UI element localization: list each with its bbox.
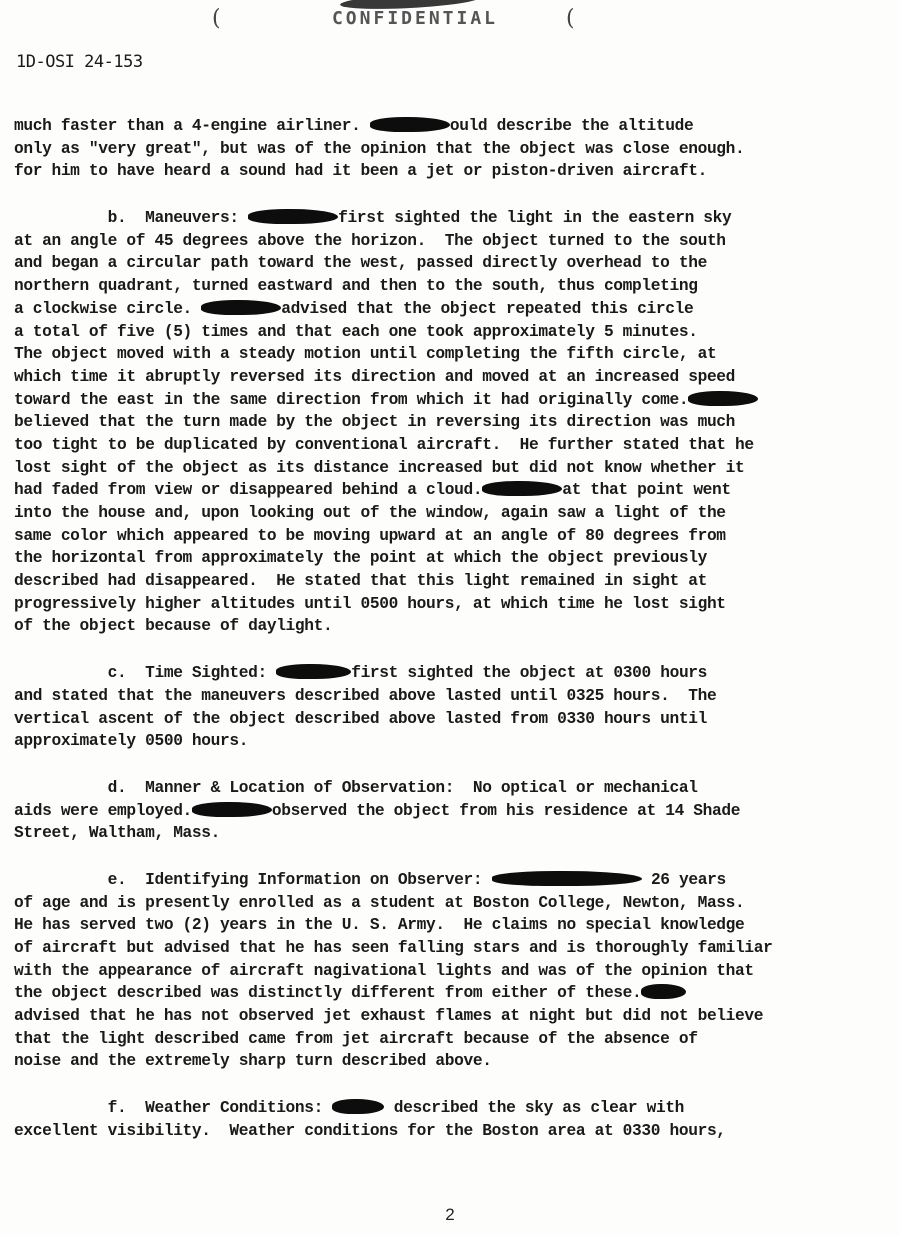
text-segment: and began a circular path toward the wes… — [14, 254, 707, 272]
text-line: the object described was distinctly diff… — [14, 982, 894, 1005]
text-line: He has served two (2) years in the U. S.… — [14, 914, 894, 937]
redaction-mark — [192, 802, 272, 817]
text-line: noise and the extremely sharp turn descr… — [14, 1050, 894, 1073]
text-segment: approximately 0500 hours. — [14, 732, 248, 750]
text-segment: described had disappeared. He stated tha… — [14, 572, 707, 590]
text-segment: a clockwise circle. — [14, 300, 201, 318]
text-line: The object moved with a steady motion un… — [14, 343, 894, 366]
text-segment: advised that he has not observed jet exh… — [14, 1007, 763, 1025]
text-segment: of the object because of daylight. — [14, 617, 332, 635]
text-segment: with the appearance of aircraft nagivati… — [14, 962, 754, 980]
text-segment: only as "very great", but was of the opi… — [14, 140, 744, 158]
redaction-mark — [641, 984, 686, 999]
page-number: 2 — [0, 1205, 900, 1225]
redaction-mark — [482, 481, 562, 496]
text-segment: at an angle of 45 degrees above the hori… — [14, 232, 726, 250]
text-line: at an angle of 45 degrees above the hori… — [14, 230, 894, 253]
text-line: and began a circular path toward the wes… — [14, 252, 894, 275]
text-segment: e. Identifying Information on Observer: — [14, 871, 492, 889]
text-segment: believed that the turn made by the objec… — [14, 413, 735, 431]
text-line: aids were employed.observed the object f… — [14, 800, 894, 823]
text-line: progressively higher altitudes until 050… — [14, 593, 894, 616]
redaction-mark — [688, 391, 758, 406]
paragraph-continuation: much faster than a 4-engine airliner. ou… — [14, 115, 894, 183]
text-line: of the object because of daylight. — [14, 615, 894, 638]
text-segment: and stated that the maneuvers described … — [14, 687, 716, 705]
text-segment: much faster than a 4-engine airliner. — [14, 117, 370, 135]
text-line: described had disappeared. He stated tha… — [14, 570, 894, 593]
paragraph-c: c. Time Sighted: first sighted the objec… — [14, 662, 894, 753]
text-segment: noise and the extremely sharp turn descr… — [14, 1052, 492, 1070]
text-line: that the light described came from jet a… — [14, 1028, 894, 1051]
redaction-mark — [492, 871, 642, 886]
stamp-bracket-left: ( — [212, 6, 221, 31]
text-line: only as "very great", but was of the opi… — [14, 138, 894, 161]
redaction-mark — [276, 664, 351, 679]
classification-stamp-text: CONFIDENTIAL — [300, 8, 530, 29]
text-segment: observed the object from his residence a… — [272, 802, 740, 820]
text-segment: lost sight of the object as its distance… — [14, 459, 744, 477]
text-line: of aircraft but advised that he has seen… — [14, 937, 894, 960]
text-segment: had faded from view or disappeared behin… — [14, 481, 482, 499]
text-line: b. Maneuvers: first sighted the light in… — [14, 207, 894, 230]
text-segment: northern quadrant, turned eastward and t… — [14, 277, 698, 295]
text-line: which time it abruptly reversed its dire… — [14, 366, 894, 389]
text-segment: of aircraft but advised that he has seen… — [14, 939, 773, 957]
text-segment: at that point went — [562, 481, 731, 499]
text-line: with the appearance of aircraft nagivati… — [14, 960, 894, 983]
text-line: approximately 0500 hours. — [14, 730, 894, 753]
text-line: f. Weather Conditions: described the sky… — [14, 1097, 894, 1120]
text-line: much faster than a 4-engine airliner. ou… — [14, 115, 894, 138]
text-segment: first sighted the light in the eastern s… — [338, 209, 731, 227]
text-line: a total of five (5) times and that each … — [14, 321, 894, 344]
text-line: vertical ascent of the object described … — [14, 708, 894, 731]
text-segment: excellent visibility. Weather conditions… — [14, 1122, 726, 1140]
text-segment: too tight to be duplicated by convention… — [14, 436, 754, 454]
text-segment: advised that the object repeated this ci… — [281, 300, 693, 318]
file-reference: 1D-OSI 24-153 — [16, 52, 143, 72]
text-line: the horizontal from approximately the po… — [14, 547, 894, 570]
text-segment: Street, Waltham, Mass. — [14, 824, 220, 842]
paragraph-f: f. Weather Conditions: described the sky… — [14, 1097, 894, 1142]
stamp-bracket-right: ( — [566, 6, 575, 31]
text-line: into the house and, upon looking out of … — [14, 502, 894, 525]
text-segment: d. Manner & Location of Observation: No … — [14, 779, 698, 797]
text-line: too tight to be duplicated by convention… — [14, 434, 894, 457]
text-line: northern quadrant, turned eastward and t… — [14, 275, 894, 298]
text-segment: that the light described came from jet a… — [14, 1030, 698, 1048]
text-segment: for him to have heard a sound had it bee… — [14, 162, 707, 180]
text-segment: toward the east in the same direction fr… — [14, 391, 688, 409]
text-segment: into the house and, upon looking out of … — [14, 504, 726, 522]
text-segment: a total of five (5) times and that each … — [14, 323, 698, 341]
text-line: for him to have heard a sound had it bee… — [14, 160, 894, 183]
paragraph-e: e. Identifying Information on Observer: … — [14, 869, 894, 1073]
text-segment: same color which appeared to be moving u… — [14, 527, 726, 545]
text-segment: f. Weather Conditions: — [14, 1099, 332, 1117]
text-segment: of age and is presently enrolled as a st… — [14, 894, 744, 912]
text-segment: 26 years — [642, 871, 726, 889]
text-line: advised that he has not observed jet exh… — [14, 1005, 894, 1028]
text-line: excellent visibility. Weather conditions… — [14, 1120, 894, 1143]
text-line: believed that the turn made by the objec… — [14, 411, 894, 434]
text-line: had faded from view or disappeared behin… — [14, 479, 894, 502]
document-page: ( CONFIDENTIAL ( 1D-OSI 24-153 much fast… — [0, 0, 900, 1235]
document-body: much faster than a 4-engine airliner. ou… — [14, 115, 894, 1167]
text-segment: first sighted the object at 0300 hours — [351, 664, 707, 682]
text-segment: vertical ascent of the object described … — [14, 710, 707, 728]
redaction-mark — [370, 117, 450, 132]
text-line: same color which appeared to be moving u… — [14, 525, 894, 548]
paragraph-b: b. Maneuvers: first sighted the light in… — [14, 207, 894, 638]
paragraph-d: d. Manner & Location of Observation: No … — [14, 777, 894, 845]
text-segment: He has served two (2) years in the U. S.… — [14, 916, 744, 934]
text-segment: the object described was distinctly diff… — [14, 984, 641, 1002]
text-segment: described the sky as clear with — [384, 1099, 684, 1117]
text-line: c. Time Sighted: first sighted the objec… — [14, 662, 894, 685]
text-segment: The object moved with a steady motion un… — [14, 345, 716, 363]
text-segment: c. Time Sighted: — [14, 664, 276, 682]
text-line: a clockwise circle. advised that the obj… — [14, 298, 894, 321]
redaction-mark — [332, 1099, 384, 1114]
text-segment: progressively higher altitudes until 050… — [14, 595, 726, 613]
text-segment: the horizontal from approximately the po… — [14, 549, 707, 567]
text-segment: ould describe the altitude — [450, 117, 693, 135]
text-segment: b. Maneuvers: — [14, 209, 248, 227]
text-line: Street, Waltham, Mass. — [14, 822, 894, 845]
text-line: of age and is presently enrolled as a st… — [14, 892, 894, 915]
text-line: and stated that the maneuvers described … — [14, 685, 894, 708]
redaction-mark — [248, 209, 338, 224]
text-line: lost sight of the object as its distance… — [14, 457, 894, 480]
text-segment: aids were employed. — [14, 802, 192, 820]
text-line: d. Manner & Location of Observation: No … — [14, 777, 894, 800]
text-segment: which time it abruptly reversed its dire… — [14, 368, 735, 386]
text-line: toward the east in the same direction fr… — [14, 389, 894, 412]
text-line: e. Identifying Information on Observer: … — [14, 869, 894, 892]
classification-stamp: CONFIDENTIAL — [300, 0, 530, 30]
redaction-mark — [201, 300, 281, 315]
